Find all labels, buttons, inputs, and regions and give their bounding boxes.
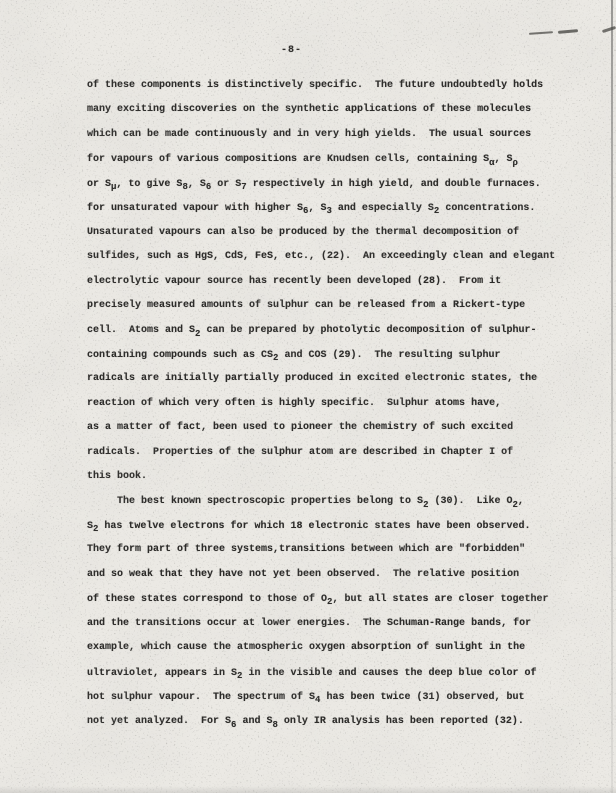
subscript: 4 xyxy=(315,695,320,705)
scan-artifact-mark xyxy=(529,31,553,35)
subscript: 2 xyxy=(93,524,98,534)
subscript: 6 xyxy=(231,720,236,730)
scan-artifact-mark xyxy=(558,29,578,34)
text-line: for vapours of various compositions are … xyxy=(87,147,579,171)
subscript: 6 xyxy=(206,182,211,192)
text-line: or Sμ, to give S8, S6 or S7 respectively… xyxy=(87,172,579,196)
text-line: containing compounds such as CS2 and COS… xyxy=(87,343,579,367)
scan-bottom-shade xyxy=(0,786,616,793)
text-line: The best known spectroscopic properties … xyxy=(87,489,579,513)
text-line: not yet analyzed. For S6 and S8 only IR … xyxy=(87,709,579,733)
subscript: 3 xyxy=(326,206,331,216)
text-line: S2 has twelve electrons for which 18 ele… xyxy=(87,514,579,538)
scan-artifact-mark xyxy=(602,26,616,33)
text-line: radicals are initially partially produce… xyxy=(87,367,579,391)
text-line: and the transitions occur at lower energ… xyxy=(87,612,579,636)
scanned-page: -8- of these components is distinctively… xyxy=(0,0,616,793)
subscript: 7 xyxy=(241,182,246,192)
subscript: 2 xyxy=(195,329,200,339)
text-line: many exciting discoveries on the synthet… xyxy=(87,98,579,122)
text-line: hot sulphur vapour. The spectrum of S4 h… xyxy=(87,685,579,709)
subscript: 8 xyxy=(272,720,277,730)
page-body: of these components is distinctively spe… xyxy=(87,74,579,734)
subscript: 2 xyxy=(434,206,439,216)
text-line: sulfides, such as HgS, CdS, FeS, etc., (… xyxy=(87,245,579,269)
text-line: for unsaturated vapour with higher S6, S… xyxy=(87,196,579,220)
text-line: radicals. Properties of the sulphur atom… xyxy=(87,441,579,465)
subscript: α xyxy=(489,158,494,168)
text-line: electrolytic vapour source has recently … xyxy=(87,270,579,294)
text-line: this book. xyxy=(87,465,579,489)
subscript: 2 xyxy=(327,597,332,607)
page-number: -8- xyxy=(281,45,302,56)
text-line: reaction of which very often is highly s… xyxy=(87,392,579,416)
subscript: 2 xyxy=(273,353,278,363)
subscript: 2 xyxy=(423,500,428,510)
text-line: precisely measured amounts of sulphur ca… xyxy=(87,294,579,318)
subscript: μ xyxy=(111,182,116,192)
text-line: ultraviolet, appears in S2 in the visibl… xyxy=(87,661,579,685)
text-line: example, which cause the atmospheric oxy… xyxy=(87,636,579,660)
text-line: Unsaturated vapours can also be produced… xyxy=(87,221,579,245)
subscript: 2 xyxy=(512,500,517,510)
scan-edge-line xyxy=(611,0,613,793)
subscript: 8 xyxy=(182,182,187,192)
text-line: of these states correspond to those of O… xyxy=(87,587,579,611)
text-line: cell. Atoms and S2 can be prepared by ph… xyxy=(87,318,579,342)
subscript: ρ xyxy=(513,158,518,168)
text-line: and so weak that they have not yet been … xyxy=(87,563,579,587)
subscript: 2 xyxy=(237,671,242,681)
text-line: They form part of three systems,transiti… xyxy=(87,538,579,562)
text-line: which can be made continuously and in ve… xyxy=(87,123,579,147)
text-line: of these components is distinctively spe… xyxy=(87,74,579,98)
text-line: as a matter of fact, been used to pionee… xyxy=(87,416,579,440)
subscript: 6 xyxy=(303,206,308,216)
